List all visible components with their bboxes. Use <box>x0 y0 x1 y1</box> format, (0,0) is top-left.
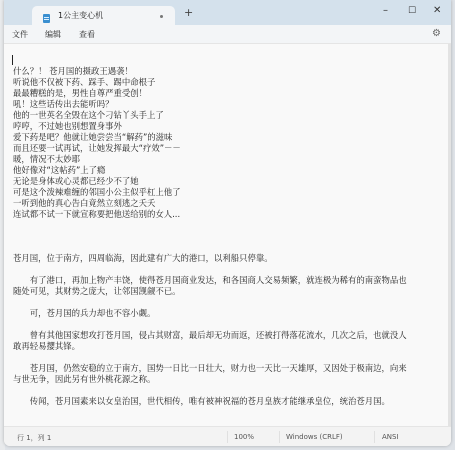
paragraph-line: 随处可见，其财势之庞大，让邻国觊觎不已。 <box>13 286 181 296</box>
encoding[interactable]: ANSI <box>382 433 399 441</box>
text-line: 一听到他的真心告白竟然立刻逃之夭夭 <box>13 198 155 208</box>
cursor-position: 行 1，列 1 <box>17 433 51 443</box>
paragraph-line: 曾有其他国家想攻打苍月国，侵占其财富，最后却无功而返，还被打得落花流水，几次之后… <box>13 330 407 340</box>
text-line: 最最糟糕的是，男性自尊严重受创！ <box>13 88 147 98</box>
vertical-scrollbar[interactable] <box>448 44 451 426</box>
text-line: 哼哼，不过她也别想置身事外 <box>13 121 122 131</box>
text-line: 暖，情况不太妙耶 <box>13 154 80 164</box>
menu-view[interactable]: 查看 <box>79 29 95 40</box>
text-line: 可是这个泼辣难缠的邻国小公主似乎杠上他了 <box>13 187 181 197</box>
text-line: 他的一世英名全毁在这个刁钻丫头手上了 <box>13 110 164 120</box>
new-tab-button[interactable]: + <box>184 8 193 18</box>
settings-gear-icon[interactable]: ⚙ <box>432 28 441 39</box>
text-line: 连试都不试一下就宣称要把他送给别的女人... <box>13 209 180 219</box>
notepad-icon <box>43 14 50 23</box>
menu-bar: 文件 编辑 查看 ⚙ <box>4 25 451 44</box>
paragraph-line: 有了港口，再加上物产丰饶，使得苍月国商业发达，和各国商人交易频繁，就连极为稀有的… <box>13 275 407 285</box>
title-bar[interactable]: 1公主变心机 + – ☐ ✕ <box>4 0 451 25</box>
text-editor[interactable]: 什么？！ 苍月国的摄政王遇袭！ 听说他不仅被下药、踩手、踢中命根子 最最糟糕的是… <box>4 44 451 426</box>
close-button[interactable]: ✕ <box>433 5 441 17</box>
line-ending[interactable]: Windows (CRLF) <box>286 433 343 441</box>
status-divider <box>279 431 280 443</box>
zoom-level[interactable]: 100% <box>234 433 254 441</box>
menu-edit[interactable]: 编辑 <box>45 29 61 40</box>
notepad-window: 1公主变心机 + – ☐ ✕ 文件 编辑 查看 ⚙ 什么？！ 苍月国的摄政王遇袭… <box>4 0 451 446</box>
paragraph-line: 可，苍月国的兵力却也不容小觑。 <box>13 308 155 318</box>
paragraph-line: 与世无争，因此另有世外桃花源之称。 <box>13 374 155 384</box>
paragraph-line: 苍月国，位于南方，四周临海，因此建有广大的港口，以利船只停靠。 <box>13 253 273 263</box>
paragraph-line: 传闻，苍月国素来以女皇治国，世代相传，唯有被神祝福的苍月皇族才能继承皇位，统治苍… <box>13 396 390 406</box>
menu-file[interactable]: 文件 <box>12 29 28 40</box>
text-line: 而且还要一试再试，让她发挥最大“疗效”－－ <box>13 143 181 153</box>
unsaved-dot-icon[interactable] <box>160 15 163 18</box>
text-line: 什么？！ 苍月国的摄政王遇袭！ <box>13 66 133 76</box>
text-line: 爱下药是吧？他就让她尝尝当“解药”的滋味 <box>13 132 172 142</box>
maximize-button[interactable]: ☐ <box>408 5 416 17</box>
text-line: 吼！这些话传出去能听吗？ <box>13 99 114 109</box>
text-line: 听说他不仅被下药、踩手、踢中命根子 <box>13 77 155 87</box>
tab-title: 1公主变心机 <box>58 10 103 21</box>
paragraph-line: 苍月国，仍然安稳的立于南方，国势一日比一日壮大，财力也一天比一天雄厚，又因处于极… <box>13 363 407 373</box>
minimize-button[interactable]: – <box>383 5 388 17</box>
text-line: 他好像对“这帖药”上了瘾 <box>13 165 105 175</box>
status-divider <box>227 431 228 443</box>
status-bar: 行 1，列 1 100% Windows (CRLF) ANSI <box>4 426 451 446</box>
tab-document[interactable]: 1公主变心机 <box>32 6 175 26</box>
paragraph-line: 敢再轻易撄其锋。 <box>13 341 80 351</box>
text-caret <box>12 55 13 65</box>
text-line: 无论是身体或心灵都已经少不了她 <box>13 176 139 186</box>
status-divider <box>374 431 375 443</box>
